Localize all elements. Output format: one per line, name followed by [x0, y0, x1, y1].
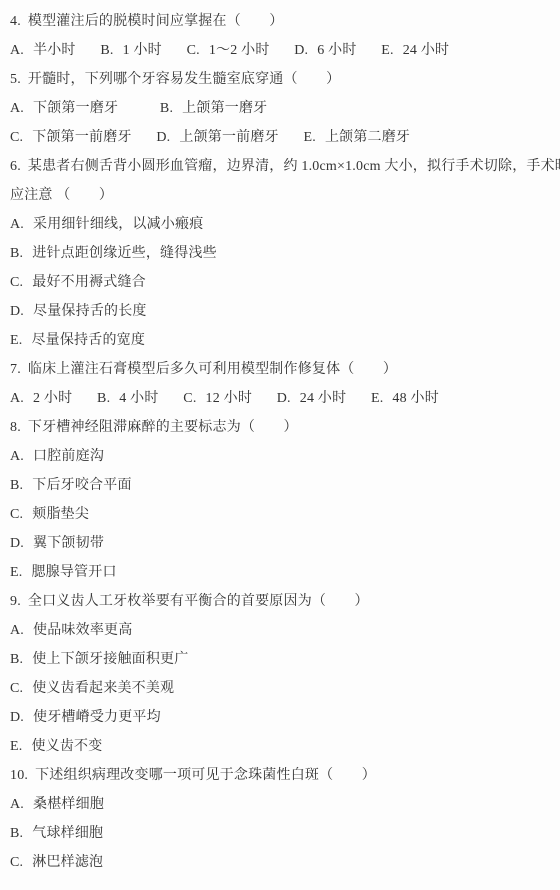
option-label: C.: [10, 500, 23, 529]
option-label: A.: [10, 790, 24, 819]
question-stem: 10.下述组织病理改变哪一项可见于念珠菌性白斑（ ）: [10, 761, 550, 790]
question-9: 9.全口义齿人工牙枚举要有平衡合的首要原因为（ ） A.使品味效率更高 B.使上…: [10, 587, 550, 761]
option-label: B.: [10, 645, 23, 674]
option-text: 最好不用褥式缝合: [32, 275, 146, 290]
option-text: 使牙槽嵴受力更平均: [33, 710, 161, 725]
option-label: C.: [10, 268, 23, 297]
option: A.下颌第一磨牙: [10, 94, 118, 123]
option-label: A.: [10, 616, 24, 645]
option-text: 进针点距创缘近些，缝得浅些: [32, 246, 217, 261]
question-stem-text: 下牙槽神经阻滞麻醉的主要标志为（ ）: [28, 420, 298, 435]
option-label: C.: [10, 674, 23, 703]
question-8: 8.下牙槽神经阻滞麻醉的主要标志为（ ） A.口腔前庭沟 B.下后牙咬合平面 C…: [10, 413, 550, 587]
option-row: C.淋巴样滤泡: [10, 848, 550, 877]
option-text: 使上下颌牙接触面积更广: [32, 652, 188, 667]
option-row: A.桑椹样细胞: [10, 790, 550, 819]
options-row: A.半小时 B.1 小时 C.1～2 小时 D.6 小时 E.24 小时: [10, 36, 550, 65]
option-row: B.气球样细胞: [10, 819, 550, 848]
question-stem-text: 某患者右侧舌背小圆形血管瘤，边界清，约 1.0cm×1.0cm 大小，拟行手术切…: [28, 159, 560, 174]
option-label: E.: [10, 558, 22, 587]
option-text: 翼下颌韧带: [33, 536, 104, 551]
option-text: 腮腺导管开口: [31, 565, 116, 580]
option-label: A.: [10, 94, 24, 123]
option-label: B.: [160, 94, 173, 123]
option-text: 上颌第一前磨牙: [179, 130, 278, 145]
option-label: D.: [10, 703, 24, 732]
question-4: 4.模型灌注后的脱模时间应掌握在（ ） A.半小时 B.1 小时 C.1～2 小…: [10, 7, 550, 65]
option-text: 48 小时: [392, 391, 439, 406]
option-label: A.: [10, 36, 24, 65]
question-number: 10.: [10, 761, 28, 790]
option: E.24 小时: [381, 36, 449, 65]
option-text: 12 小时: [206, 391, 253, 406]
option-label: C.: [10, 848, 23, 877]
option-text: 颊脂垫尖: [32, 507, 89, 522]
option: E.48 小时: [371, 384, 439, 413]
option-text: 桑椹样细胞: [33, 797, 104, 812]
option-row: E.尽量保持舌的宽度: [10, 326, 550, 355]
option-row: D.翼下颌韧带: [10, 529, 550, 558]
option-label: A.: [10, 442, 24, 471]
option-label: E.: [10, 326, 22, 355]
option-text: 使义齿看起来美不美观: [32, 681, 174, 696]
question-stem-text: 模型灌注后的脱模时间应掌握在（ ）: [28, 14, 284, 29]
option-label: D.: [294, 36, 308, 65]
option-text: 下颌第一前磨牙: [32, 130, 131, 145]
option-text: 气球样细胞: [32, 826, 103, 841]
question-number: 9.: [10, 587, 21, 616]
option-text: 口腔前庭沟: [33, 449, 104, 464]
option-label: B.: [10, 239, 23, 268]
option-text: 4 小时: [119, 391, 158, 406]
question-number: 7.: [10, 355, 21, 384]
option: A.2 小时: [10, 384, 72, 413]
option-row: E.腮腺导管开口: [10, 558, 550, 587]
question-stem-text: 应注意 （ ）: [10, 188, 113, 203]
option-row: B.下后牙咬合平面: [10, 471, 550, 500]
option-text: 淋巴样滤泡: [32, 855, 103, 870]
option-row: A.口腔前庭沟: [10, 442, 550, 471]
option-row: C.颊脂垫尖: [10, 500, 550, 529]
option: C.1～2 小时: [187, 36, 270, 65]
option-row: C.使义齿看起来美不美观: [10, 674, 550, 703]
option: B.1 小时: [100, 36, 162, 65]
question-number: 5.: [10, 65, 21, 94]
option-row: A.使品味效率更高: [10, 616, 550, 645]
option: C.12 小时: [183, 384, 252, 413]
option: B.4 小时: [97, 384, 159, 413]
question-stem-continued: 应注意 （ ）: [10, 181, 550, 210]
option-text: 下颌第一磨牙: [33, 101, 118, 116]
option-text: 2 小时: [33, 391, 72, 406]
question-number: 8.: [10, 413, 21, 442]
option-text: 使义齿不变: [31, 739, 102, 754]
option-label: D.: [277, 384, 291, 413]
question-6: 6.某患者右侧舌背小圆形血管瘤，边界清，约 1.0cm×1.0cm 大小，拟行手…: [10, 152, 550, 355]
question-stem-text: 下述组织病理改变哪一项可见于念珠菌性白斑（ ）: [35, 768, 376, 783]
question-stem-text: 全口义齿人工牙枚举要有平衡合的首要原因为（ ）: [28, 594, 369, 609]
option-label: C.: [10, 123, 23, 152]
option-row: B.使上下颌牙接触面积更广: [10, 645, 550, 674]
option-label: E.: [10, 732, 22, 761]
option-row: A.采用细针细线，以减小瘢痕: [10, 210, 550, 239]
option-text: 1～2 小时: [209, 43, 270, 58]
option: E.上颌第二磨牙: [303, 123, 410, 152]
question-number: 4.: [10, 7, 21, 36]
option-label: A.: [10, 384, 24, 413]
option-text: 24 小时: [300, 391, 347, 406]
option-row: D.尽量保持舌的长度: [10, 297, 550, 326]
option-text: 使品味效率更高: [33, 623, 132, 638]
option-text: 尽量保持舌的长度: [33, 304, 147, 319]
question-stem-text: 开髓时，下列哪个牙容易发生髓室底穿通（ ）: [28, 72, 340, 87]
options-row: A.下颌第一磨牙 B.上颌第一磨牙: [10, 94, 550, 123]
question-stem: 7.临床上灌注石膏模型后多久可利用模型制作修复体（ ）: [10, 355, 550, 384]
option: D.6 小时: [294, 36, 356, 65]
question-10: 10.下述组织病理改变哪一项可见于念珠菌性白斑（ ） A.桑椹样细胞 B.气球样…: [10, 761, 550, 877]
option-label: B.: [10, 819, 23, 848]
option-text: 采用细针细线，以减小瘢痕: [33, 217, 203, 232]
option-label: E.: [381, 36, 393, 65]
options-row: A.2 小时 B.4 小时 C.12 小时 D.24 小时 E.48 小时: [10, 384, 550, 413]
question-stem: 6.某患者右侧舌背小圆形血管瘤，边界清，约 1.0cm×1.0cm 大小，拟行手…: [10, 152, 550, 181]
option-text: 上颌第一磨牙: [182, 101, 267, 116]
option-row: B.进针点距创缘近些，缝得浅些: [10, 239, 550, 268]
question-stem: 4.模型灌注后的脱模时间应掌握在（ ）: [10, 7, 550, 36]
option: D.上颌第一前磨牙: [156, 123, 278, 152]
exam-question-sheet: 4.模型灌注后的脱模时间应掌握在（ ） A.半小时 B.1 小时 C.1～2 小…: [0, 0, 560, 890]
question-stem-text: 临床上灌注石膏模型后多久可利用模型制作修复体（ ）: [28, 362, 397, 377]
option-label: B.: [97, 384, 110, 413]
options-row: C.下颌第一前磨牙 D.上颌第一前磨牙 E.上颌第二磨牙: [10, 123, 550, 152]
question-stem: 8.下牙槽神经阻滞麻醉的主要标志为（ ）: [10, 413, 550, 442]
option-label: B.: [10, 471, 23, 500]
option: C.下颌第一前磨牙: [10, 123, 132, 152]
option-text: 24 小时: [403, 43, 450, 58]
question-stem: 5.开髓时，下列哪个牙容易发生髓室底穿通（ ）: [10, 65, 550, 94]
option-label: E.: [371, 384, 383, 413]
option-text: 下后牙咬合平面: [32, 478, 131, 493]
option-text: 尽量保持舌的宽度: [31, 333, 145, 348]
option-label: E.: [303, 123, 315, 152]
option-text: 6 小时: [317, 43, 356, 58]
option-row: E.使义齿不变: [10, 732, 550, 761]
option-label: D.: [10, 297, 24, 326]
option-row: C.最好不用褥式缝合: [10, 268, 550, 297]
option-label: C.: [183, 384, 196, 413]
question-stem: 9.全口义齿人工牙枚举要有平衡合的首要原因为（ ）: [10, 587, 550, 616]
option-row: D.使牙槽嵴受力更平均: [10, 703, 550, 732]
option-label: D.: [10, 529, 24, 558]
option: B.上颌第一磨牙: [160, 94, 267, 123]
option-label: B.: [100, 36, 113, 65]
option-text: 上颌第二磨牙: [325, 130, 410, 145]
question-7: 7.临床上灌注石膏模型后多久可利用模型制作修复体（ ） A.2 小时 B.4 小…: [10, 355, 550, 413]
question-5: 5.开髓时，下列哪个牙容易发生髓室底穿通（ ） A.下颌第一磨牙 B.上颌第一磨…: [10, 65, 550, 152]
option: D.24 小时: [277, 384, 347, 413]
option: A.半小时: [10, 36, 76, 65]
option-text: 1 小时: [123, 43, 162, 58]
option-label: D.: [156, 123, 170, 152]
option-text: 半小时: [33, 43, 76, 58]
option-label: C.: [187, 36, 200, 65]
option-label: A.: [10, 210, 24, 239]
question-number: 6.: [10, 152, 21, 181]
